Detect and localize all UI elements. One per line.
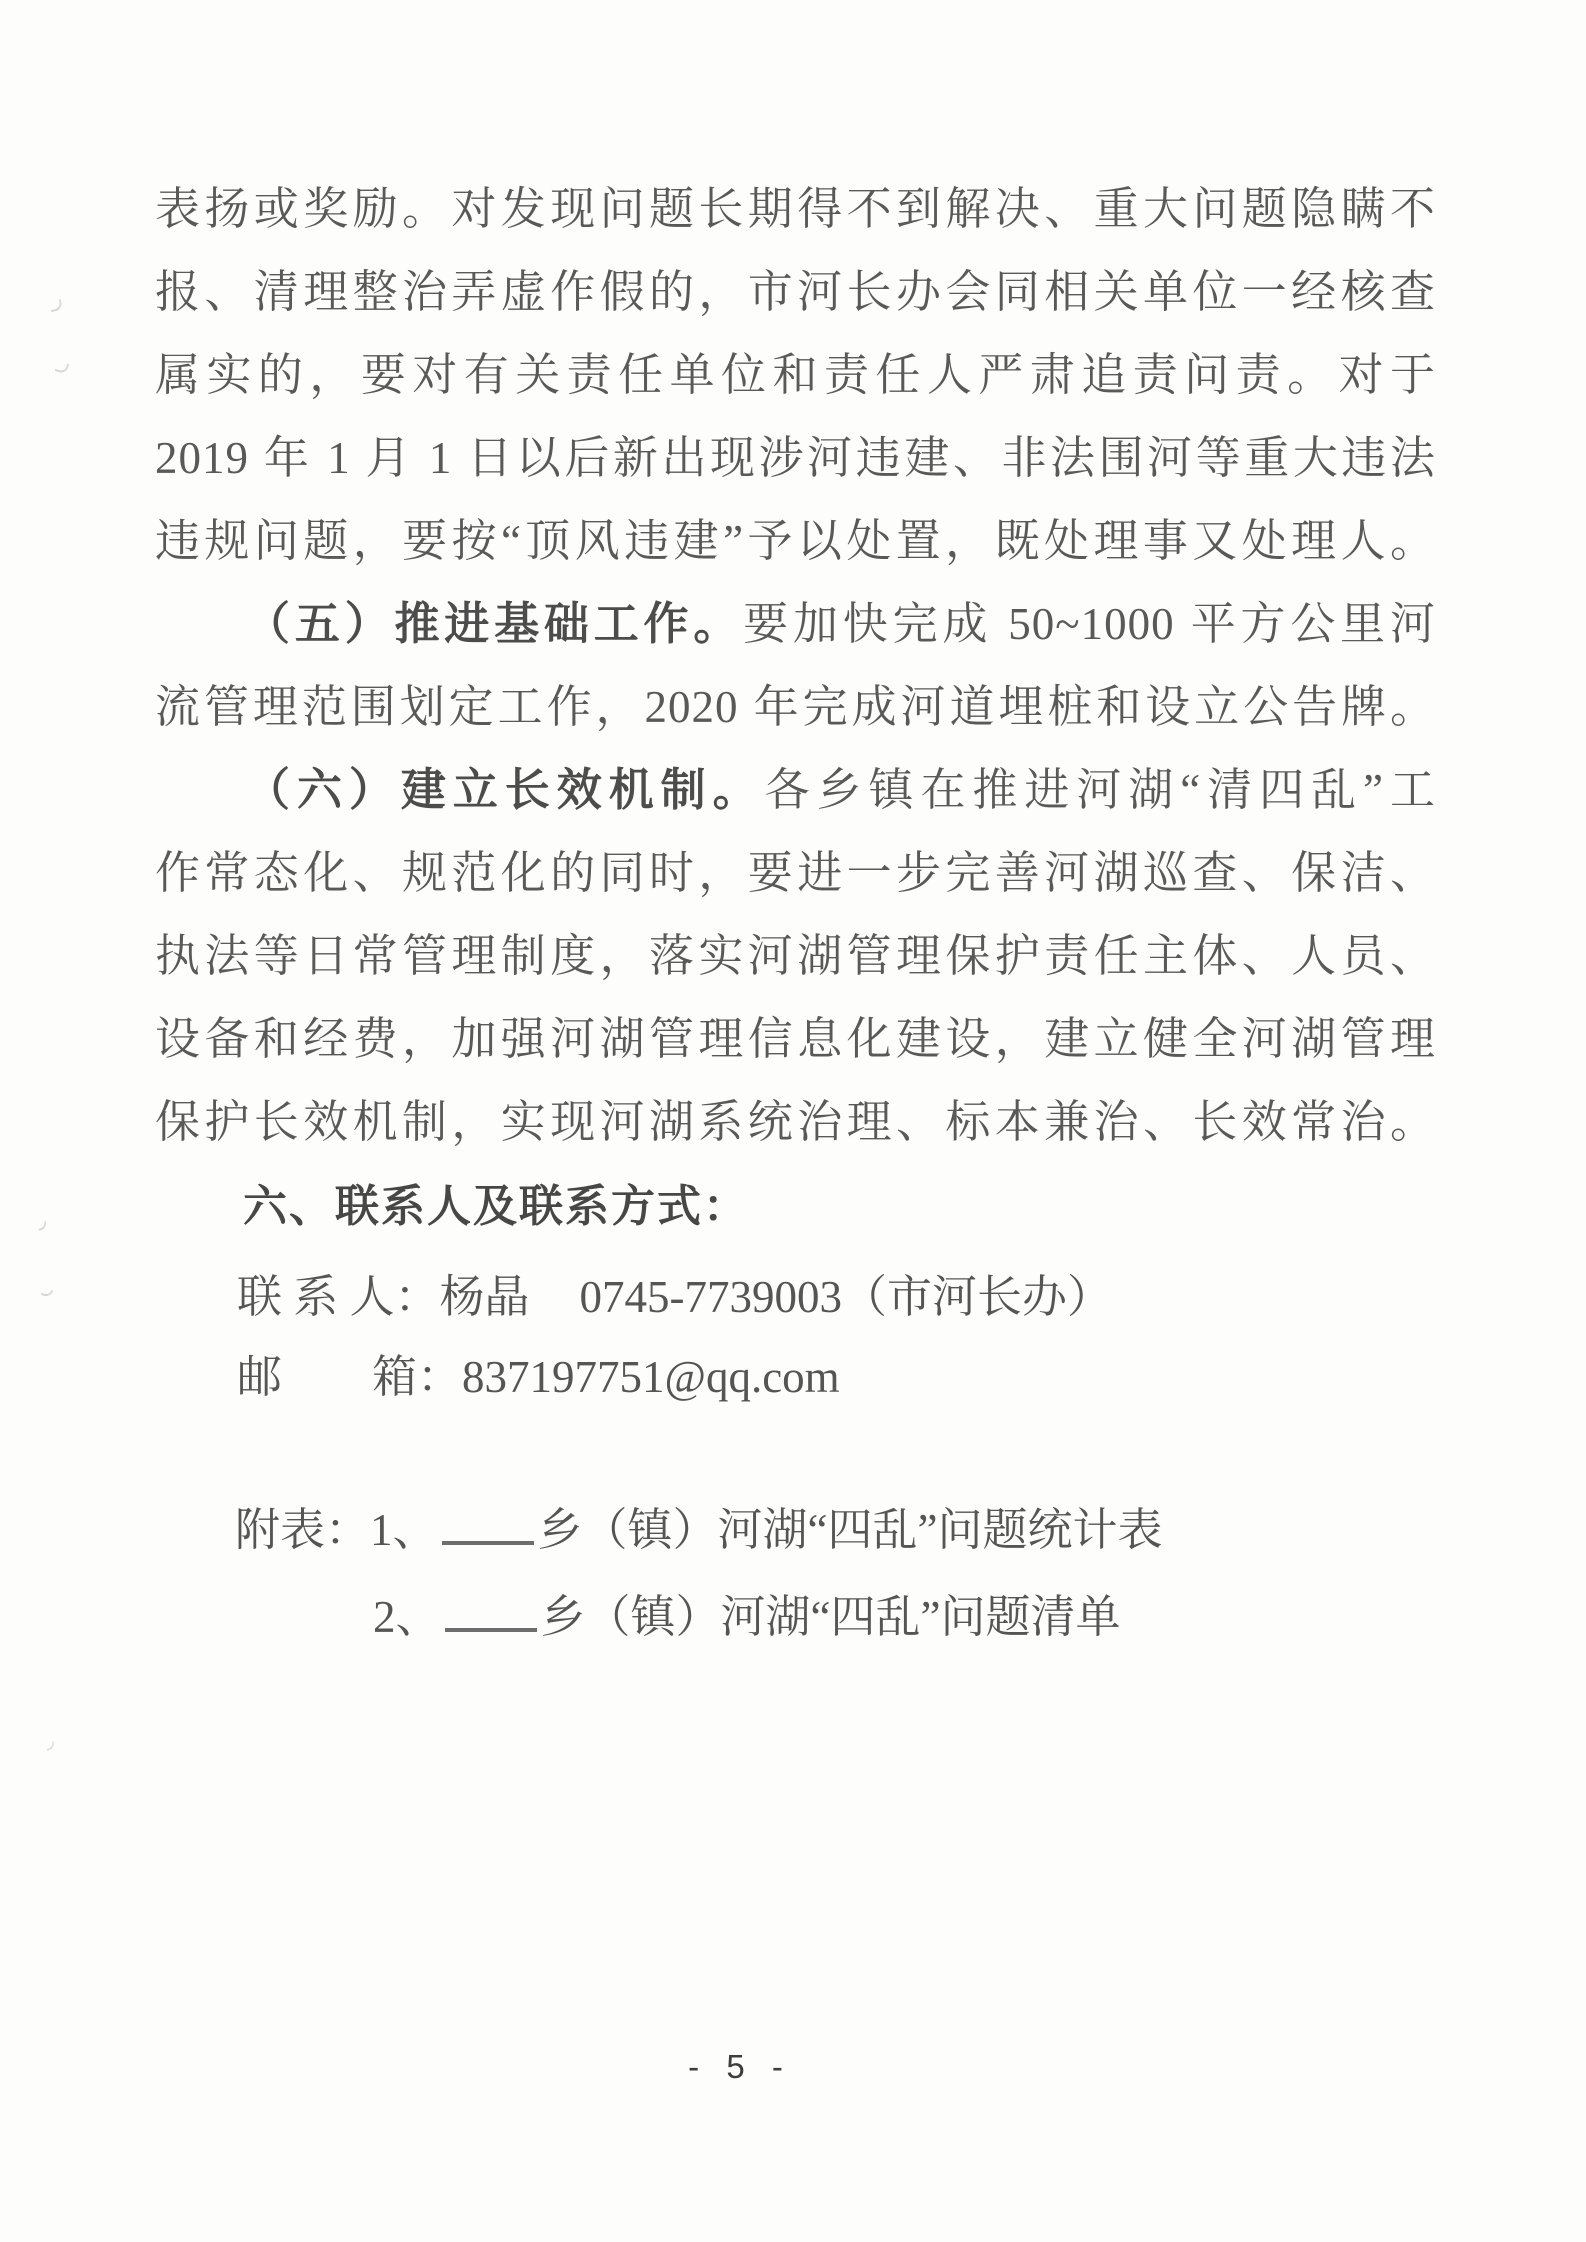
appendix-item-1: 附表：1、乡（镇）河湖“四乱”问题统计表: [235, 1505, 1162, 1557]
appendix-item-number: 1、: [370, 1505, 438, 1555]
scan-artifact: [45, 1741, 55, 1751]
contact-person-name: 杨晶: [440, 1272, 530, 1322]
text-segment: 作常态化、规范化的同时，要进一步完善河湖巡查、保洁、: [155, 848, 1436, 898]
text-segment: 报、清理整治弄虚作假的，市河长办会同相关单位一经核查: [155, 267, 1436, 317]
text-line: 流管理范围划定工作，2020 年完成河道埋桩和设立公告牌。: [155, 666, 1436, 749]
text-line: 作常态化、规范化的同时，要进一步完善河湖巡查、保洁、: [155, 832, 1436, 915]
contact-person-phone: 0745-7739003（市河长办）: [580, 1272, 1113, 1322]
scan-artifact: [55, 360, 70, 374]
text-segment: 执法等日常管理制度，落实河湖管理保护责任主体、人员、: [155, 931, 1436, 981]
text-line: 表扬或奖励。对发现问题长期得不到解决、重大问题隐瞒不: [155, 168, 1436, 251]
scan-artifact: [41, 1286, 54, 1298]
text-segment: 表扬或奖励。对发现问题长期得不到解决、重大问题隐瞒不: [155, 184, 1436, 234]
contact-person-label: 联 系 人：: [237, 1272, 440, 1322]
contact-email-value: 837197751@qq.com: [462, 1352, 840, 1402]
text-line: 执法等日常管理制度，落实河湖管理保护责任主体、人员、: [155, 915, 1436, 998]
page-number: - 5 -: [655, 2048, 825, 2086]
text-segment: 设备和经费，加强河湖管理信息化建设，建立健全河湖管理: [155, 1014, 1436, 1064]
text-line: 违规问题，要按“顶风违建”予以处置，既处理事又处理人。: [155, 500, 1436, 583]
appendix-item-2: 2、乡（镇）河湖“四乱”问题清单: [235, 1592, 1120, 1644]
bold-text-segment: （五）推进基础工作。: [245, 599, 743, 649]
appendix-item-text: 乡（镇）河湖“四乱”问题清单: [541, 1592, 1121, 1642]
text-segment: 2019 年 1 月 1 日以后新出现涉河违建、非法围河等重大违法: [155, 433, 1436, 483]
appendix-prefix: 附表：: [235, 1505, 370, 1555]
text-line: 属实的，要对有关责任单位和责任人严肃追责问责。对于: [155, 334, 1436, 417]
contact-person-line: 联 系 人：杨晶0745-7739003（市河长办）: [237, 1272, 1112, 1324]
text-segment: 违规问题，要按“顶风违建”予以处置，既处理事又处理人。: [155, 516, 1436, 566]
contact-email-line: 邮 箱：837197751@qq.com: [237, 1352, 840, 1404]
text-segment: 属实的，要对有关责任单位和责任人严肃追责问责。对于: [155, 350, 1436, 400]
appendix-item-text: 乡（镇）河湖“四乱”问题统计表: [538, 1505, 1163, 1555]
text-segment: 保护长效机制，实现河湖系统治理、标本兼治、长效常治。: [155, 1097, 1436, 1147]
text-segment: 要加快完成 50~1000 平方公里河: [743, 599, 1436, 649]
appendix-item-number: 2、: [373, 1592, 441, 1642]
scan-artifact: [37, 1221, 47, 1231]
text-line: 保护长效机制，实现河湖系统治理、标本兼治、长效常治。: [155, 1081, 1436, 1164]
fill-in-blank-line: [442, 1533, 534, 1545]
document-page: 表扬或奖励。对发现问题长期得不到解决、重大问题隐瞒不报、清理整治弄虚作假的，市河…: [0, 0, 1586, 2242]
contact-section-heading: 六、联系人及联系方式：: [243, 1182, 749, 1233]
text-line: （六）建立长效机制。各乡镇在推进河湖“清四乱”工: [155, 749, 1436, 832]
contact-email-label: 邮 箱：: [237, 1352, 462, 1402]
text-line: 报、清理整治弄虚作假的，市河长办会同相关单位一经核查: [155, 251, 1436, 334]
scan-artifact: [49, 299, 63, 312]
bold-text-segment: （六）建立长效机制。: [245, 765, 765, 815]
text-segment: 各乡镇在推进河湖“清四乱”工: [765, 765, 1436, 815]
text-line: 设备和经费，加强河湖管理信息化建设，建立健全河湖管理: [155, 998, 1436, 1081]
fill-in-blank-line: [445, 1620, 537, 1632]
text-line: （五）推进基础工作。要加快完成 50~1000 平方公里河: [155, 583, 1436, 666]
text-line: 2019 年 1 月 1 日以后新出现涉河违建、非法围河等重大违法: [155, 417, 1436, 500]
text-segment: 流管理范围划定工作，2020 年完成河道埋桩和设立公告牌。: [155, 682, 1436, 732]
document-body: 表扬或奖励。对发现问题长期得不到解决、重大问题隐瞒不报、清理整治弄虚作假的，市河…: [155, 168, 1436, 1164]
